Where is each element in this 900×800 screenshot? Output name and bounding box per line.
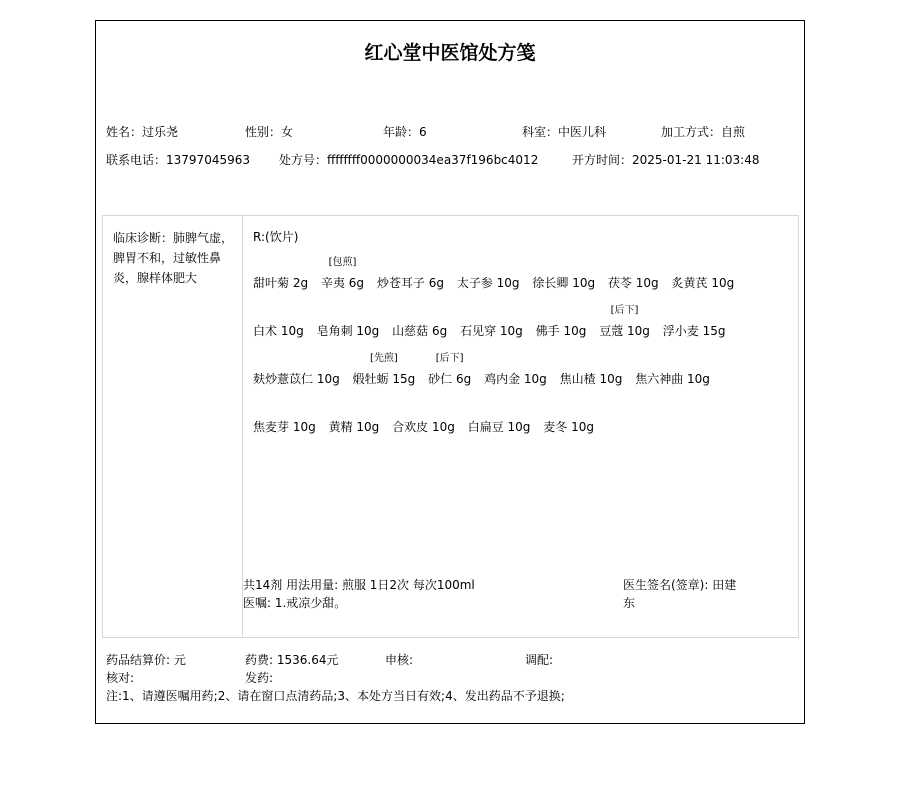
patient-gender: 性别：女 (245, 123, 293, 140)
herb-line-4: 焦麦芽 10g 黄精 10g 合欢皮 10g 白扁豆 10g 麦冬 10g (253, 418, 603, 438)
herb-item: [包煎]辛夷 6g (321, 274, 364, 291)
herb-item: [先煎]煅牡蛎 15g (353, 370, 416, 387)
doctor-signature: 医生签名(签章): 田建东 (623, 576, 748, 612)
dispense-adjust-field: 调配: (525, 651, 553, 668)
herb-item: 甜叶菊 2g (253, 274, 308, 291)
herb-item: 麸炒薏苡仁 10g (253, 370, 340, 387)
patient-name: 姓名：过乐尧 (106, 123, 178, 140)
department-value: 中医儿科 (558, 125, 606, 139)
usage-block: 共14剂 用法用量: 煎服 1日2次 每次100ml 医嘱: 1.戒凉少甜。 (243, 576, 475, 612)
rx-time-label: 开方时间： (572, 153, 632, 167)
issue-field: 发药: (245, 669, 273, 686)
herb-item: 太子参 10g (457, 274, 520, 291)
page-title: 红心堂中医馆处方笺 (96, 38, 804, 65)
herb-item: 黄精 10g (329, 418, 380, 435)
rx-time: 开方时间：2025-01-21 11:03:48 (572, 151, 759, 168)
phone-label: 联系电话： (106, 153, 166, 167)
herb-item: 茯苓 10g (608, 274, 659, 291)
rx-number: 处方号：ffffffff0000000034ea37f196bc4012 (279, 151, 538, 168)
herb-item: 皂角刺 10g (317, 322, 380, 339)
rx-number-label: 处方号： (279, 153, 327, 167)
decoction-note: [后下] (611, 301, 639, 316)
rx-heading: R:(饮片) (253, 228, 298, 245)
name-label: 姓名： (106, 125, 142, 139)
herb-item: [后下]豆蔻 10g (599, 322, 650, 339)
herb-item: 麦冬 10g (543, 418, 594, 435)
department: 科室：中医儿科 (522, 123, 606, 140)
review-field: 申核: (385, 651, 413, 668)
herb-item: [后下]砂仁 6g (428, 370, 471, 387)
drug-fee: 药费: 1536.64元 (245, 651, 338, 668)
age-label: 年龄： (383, 125, 419, 139)
rx-number-value: ffffffff0000000034ea37f196bc4012 (327, 153, 538, 167)
footer-notes: 注:1、请遵医嘱用药;2、请在窗口点清药品;3、本处方当日有效;4、发出药品不予… (106, 687, 565, 704)
settle-price: 药品结算价: 元 (106, 651, 186, 668)
prescription-sheet: 红心堂中医馆处方笺 姓名：过乐尧 性别：女 年龄：6 科室：中医儿科 加工方式：… (95, 20, 805, 724)
gender-value: 女 (281, 125, 293, 139)
herb-item: 炙黄芪 10g (672, 274, 735, 291)
name-value: 过乐尧 (142, 125, 178, 139)
herb-item: 焦山楂 10g (560, 370, 623, 387)
herb-line-1: 甜叶菊 2g [包煎]辛夷 6g 炒苍耳子 6g 太子参 10g 徐长卿 10g… (253, 274, 743, 294)
herb-line-2: 白术 10g 皂角刺 10g 山慈菇 6g 石见穿 10g 佛手 10g [后下… (253, 322, 734, 342)
herb-item: 焦麦芽 10g (253, 418, 316, 435)
herb-item: 徐长卿 10g (532, 274, 595, 291)
herb-item: 浮小麦 15g (663, 322, 726, 339)
processing-method: 加工方式：自煎 (661, 123, 745, 140)
herb-item: 焦六神曲 10g (635, 370, 710, 387)
herb-item: 白扁豆 10g (468, 418, 531, 435)
phone: 联系电话：13797045963 (106, 151, 250, 168)
department-label: 科室： (522, 125, 558, 139)
patient-age: 年龄：6 (383, 123, 427, 140)
column-divider (242, 216, 243, 637)
herb-item: 炒苍耳子 6g (377, 274, 444, 291)
prescription-table: 临床诊断：肺脾气虚，脾胃不和，过敏性鼻炎，腺样体肥大 R:(饮片) 甜叶菊 2g… (102, 215, 799, 638)
gender-label: 性别： (245, 125, 281, 139)
herb-item: 鸡内金 10g (484, 370, 547, 387)
herb-item: 佛手 10g (536, 322, 587, 339)
herb-item: 合欢皮 10g (392, 418, 455, 435)
processing-label: 加工方式： (661, 125, 721, 139)
clinical-diagnosis: 临床诊断：肺脾气虚，脾胃不和，过敏性鼻炎，腺样体肥大 (113, 228, 235, 288)
decoction-note: [后下] (436, 349, 464, 364)
processing-value: 自煎 (721, 125, 745, 139)
herb-line-3: 麸炒薏苡仁 10g [先煎]煅牡蛎 15g [后下]砂仁 6g 鸡内金 10g … (253, 370, 719, 390)
phone-value: 13797045963 (166, 153, 250, 167)
decoction-note: [包煎] (329, 253, 357, 268)
herb-item: 白术 10g (253, 322, 304, 339)
usage-dosage: 共14剂 用法用量: 煎服 1日2次 每次100ml (243, 576, 475, 594)
herb-item: 山慈菇 6g (392, 322, 447, 339)
rx-time-value: 2025-01-21 11:03:48 (632, 153, 759, 167)
decoction-note: [先煎] (370, 349, 398, 364)
check-field: 核对: (106, 669, 134, 686)
doctor-advice: 医嘱: 1.戒凉少甜。 (243, 594, 475, 612)
age-value: 6 (419, 125, 427, 139)
herb-item: 石见穿 10g (460, 322, 523, 339)
